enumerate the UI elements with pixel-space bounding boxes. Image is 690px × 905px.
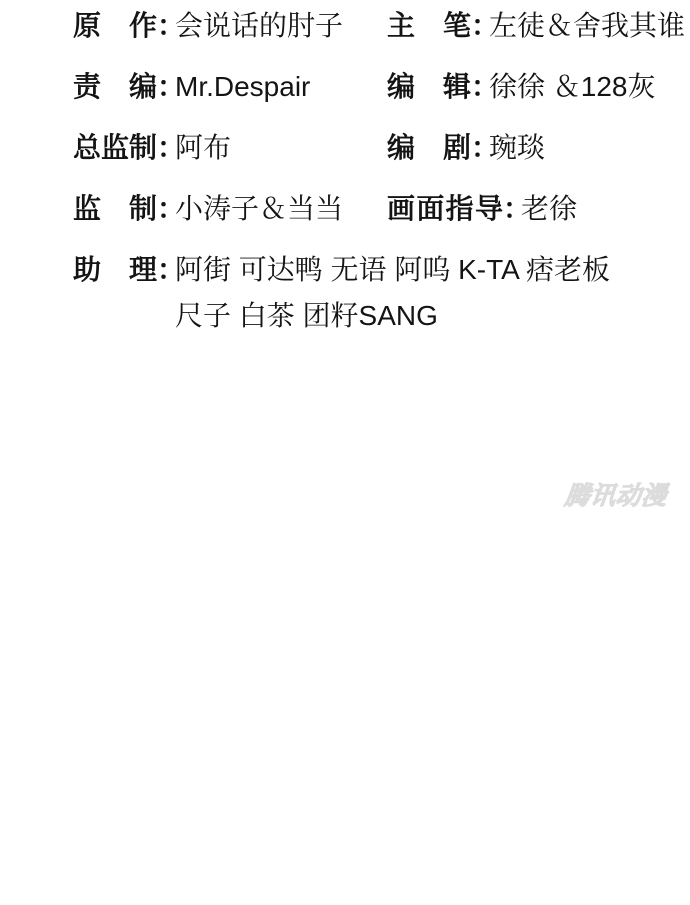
assistants-line-2: 尺子 白茶 团籽SANG	[175, 296, 610, 336]
credit-row: 责编：Mr.Despair 编辑：徐徐 ＆128灰	[0, 67, 690, 107]
credit-value-multiline: 阿街 可达鸭 无语 阿呜 K-TA 痞老板 尺子 白茶 团籽SANG	[175, 250, 610, 336]
credit-value: Mr.Despair	[175, 67, 310, 107]
credit-role-label: 主笔	[387, 6, 471, 46]
tencent-comics-watermark: 腾讯动漫	[563, 476, 669, 512]
credit-entry-original-author: 原作：会说话的肘子	[73, 6, 387, 46]
credit-colon: ：	[157, 128, 175, 168]
credit-value: 左徒＆舍我其谁	[489, 6, 685, 46]
credit-colon: ：	[503, 189, 521, 229]
credit-colon: ：	[471, 6, 489, 46]
credit-colon: ：	[157, 67, 175, 107]
credit-colon: ：	[157, 6, 175, 46]
credit-role-label: 画面指导	[387, 189, 503, 229]
credit-entry-lead-artist: 主笔：左徒＆舍我其谁	[387, 6, 690, 46]
credit-value: 琬琰	[489, 128, 545, 168]
credit-value: 阿布	[175, 128, 231, 168]
assistants-line-1: 阿街 可达鸭 无语 阿呜 K-TA 痞老板	[175, 250, 610, 290]
credit-role-label: 编剧	[387, 128, 471, 168]
credit-role-label: 原作	[73, 6, 157, 46]
credit-entry-editor-in-charge: 责编：Mr.Despair	[73, 67, 387, 107]
credit-value: 会说话的肘子	[175, 6, 343, 46]
credit-role-label: 编辑	[387, 67, 471, 107]
credit-row: 原作：会说话的肘子 主笔：左徒＆舍我其谁	[0, 6, 690, 46]
credit-colon: ：	[471, 67, 489, 107]
credit-entry-art-director: 画面指导：老徐	[387, 189, 690, 229]
credit-role-label: 责编	[73, 67, 157, 107]
credit-value: 老徐	[521, 189, 577, 229]
credits-section: 原作：会说话的肘子 主笔：左徒＆舍我其谁 责编：Mr.Despair 编辑：徐徐…	[0, 0, 690, 336]
credit-role-label: 监制	[73, 189, 157, 229]
credit-entry-screenwriter: 编剧：琬琰	[387, 128, 690, 168]
credit-entry-chief-producer: 总监制：阿布	[73, 128, 387, 168]
credit-role-label: 助理	[73, 250, 157, 290]
credit-role-label: 总监制	[73, 128, 157, 168]
credit-colon: ：	[471, 128, 489, 168]
credit-value: 徐徐 ＆128灰	[489, 67, 656, 107]
credits-page: 原作：会说话的肘子 主笔：左徒＆舍我其谁 责编：Mr.Despair 编辑：徐徐…	[0, 0, 690, 905]
credit-row: 总监制：阿布 编剧：琬琰	[0, 128, 690, 168]
credit-row: 监制：小涛子＆当当 画面指导：老徐	[0, 189, 690, 229]
credit-entry-producer: 监制：小涛子＆当当	[73, 189, 387, 229]
credit-colon: ：	[157, 250, 175, 290]
credit-row: 助理： 阿街 可达鸭 无语 阿呜 K-TA 痞老板 尺子 白茶 团籽SANG	[0, 250, 690, 336]
credit-value: 小涛子＆当当	[175, 189, 343, 229]
credit-colon: ：	[157, 189, 175, 229]
credit-entry-assistants: 助理： 阿街 可达鸭 无语 阿呜 K-TA 痞老板 尺子 白茶 团籽SANG	[73, 250, 610, 336]
credit-entry-editor: 编辑：徐徐 ＆128灰	[387, 67, 690, 107]
